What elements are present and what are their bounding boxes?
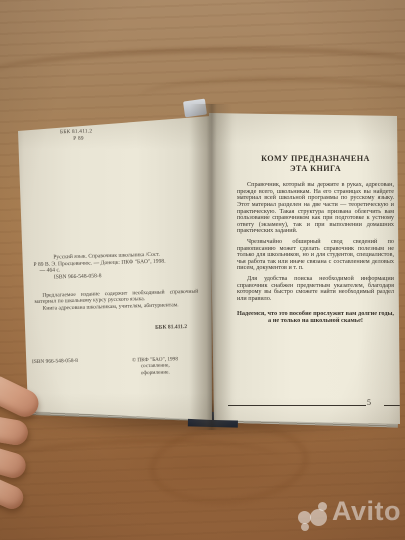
- logo-circle: [310, 509, 327, 526]
- bookmark-tab: [183, 99, 207, 118]
- catalog-card: Русский язык. Справочник школьника /Сост…: [33, 251, 198, 282]
- footer-rule-short: [384, 405, 401, 406]
- isbn-footer: ISBN 966-548-058-8: [32, 358, 78, 365]
- right-page-content: КОМУ ПРЕДНАЗНАЧЕНА ЭТА КНИГА Справочник,…: [237, 154, 394, 328]
- body-paragraph: Для удобства поиска необходимой информац…: [237, 276, 394, 302]
- finger: [0, 444, 29, 481]
- bbk-stamp: ББК 81.411.2 Р 89: [60, 128, 93, 143]
- copyright-line: оформление.: [118, 369, 192, 377]
- author-sign: Р 89: [60, 135, 92, 143]
- page-number: 5: [367, 398, 371, 407]
- avito-wordmark: Avito: [332, 496, 401, 527]
- annotation: Предлагаемое издание содержит необходимы…: [34, 289, 198, 312]
- chapter-heading: КОМУ ПРЕДНАЗНАЧЕНА ЭТА КНИГА: [237, 154, 394, 173]
- chapter-heading-line: КОМУ ПРЕДНАЗНАЧЕНА: [237, 154, 394, 164]
- body-paragraph: Чрезвычайно обширный свод сведений по пр…: [237, 239, 394, 272]
- photo-canvas: ББК 81.411.2 Р 89 Русский язык. Справочн…: [0, 0, 405, 540]
- chapter-heading-line: ЭТА КНИГА: [237, 164, 394, 174]
- closing-paragraph: Надеемся, что это пособие прослужит вам …: [237, 311, 394, 324]
- logo-circle: [318, 502, 327, 511]
- right-page: КОМУ ПРЕДНАЗНАЧЕНА ЭТА КНИГА Справочник,…: [206, 106, 400, 430]
- copyright-block: © ПКФ "БАО", 1998 составление, оформлени…: [118, 356, 192, 377]
- body-paragraph: Справочник, который вы держите в руках, …: [237, 182, 394, 235]
- left-page-content: ББК 81.411.2 Р 89 Русский язык. Справочн…: [11, 107, 219, 424]
- bbk-code-right: ББК 81.411.2: [107, 324, 187, 332]
- finger: [0, 474, 27, 512]
- logo-circle: [301, 523, 309, 531]
- left-page: ББК 81.411.2 Р 89 Русский язык. Справочн…: [12, 112, 212, 424]
- avito-watermark: Avito: [292, 496, 402, 536]
- footer-rule: [228, 405, 366, 406]
